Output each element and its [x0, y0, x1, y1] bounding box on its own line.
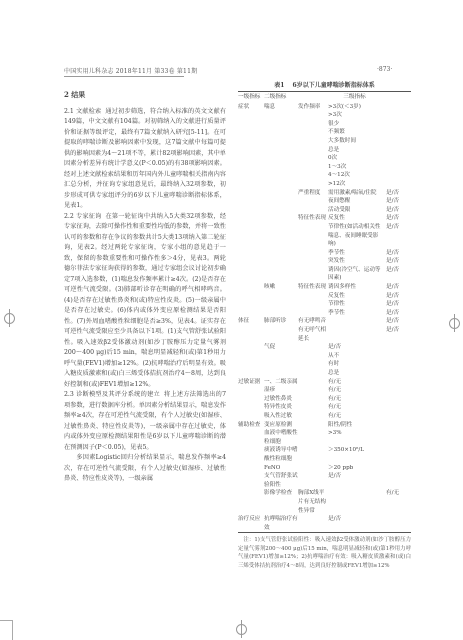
table-cell	[298, 206, 328, 215]
table-row: 活动受限是/否	[238, 206, 411, 215]
table-number: 表1	[274, 82, 284, 89]
table-cell	[264, 292, 298, 301]
section-title: 2 结果	[64, 90, 226, 101]
table-cell	[386, 103, 411, 112]
table-cell: 是/否	[386, 283, 411, 292]
table-cell: 血液中嗜酸性粒细胞	[264, 429, 298, 446]
table-cell	[386, 137, 411, 146]
table-cell	[386, 472, 411, 489]
table-cell	[386, 111, 411, 120]
table-cell: 胸部X线平片有无结构性异常	[298, 489, 328, 515]
table-cell	[298, 309, 328, 318]
table-cell	[238, 214, 264, 223]
table-cell	[386, 515, 411, 532]
table-row: 特异性皮炎有/无	[238, 403, 411, 412]
table-row: 痰液诱导中嗜酸性粒细胞＞350×10⁶/L	[238, 446, 411, 463]
table-cell: 0次	[328, 154, 386, 163]
table-cell	[264, 249, 298, 258]
table-cell	[238, 120, 264, 129]
table-title: 表1 6岁以下儿童哮喘诊断指标体系	[238, 80, 411, 89]
paragraph: 2.2 专家征询在第一轮征询中共纳入5大类32项参数，经专家征询，去除可操作性和…	[64, 212, 226, 391]
table-cell: 是/否	[386, 257, 411, 266]
table-cell	[238, 472, 264, 489]
table-cell: 是/否	[386, 223, 411, 249]
table-cell: 有无哮鸣音	[298, 317, 328, 326]
table-cell	[298, 446, 328, 463]
table-cell: 一、二级亲属	[264, 378, 298, 387]
table-row: 血液中嗜酸性粒细胞>3%	[238, 429, 411, 446]
table-row: 湿疹有/无	[238, 386, 411, 395]
table-cell: 有/无	[328, 378, 386, 387]
table-cell: 有时	[328, 360, 386, 369]
running-head: 中国实用儿科杂志 2018年11月 第33卷 第11期	[64, 66, 197, 75]
table-cell	[238, 146, 264, 155]
table-row: 总是	[238, 146, 411, 155]
table-cell	[238, 464, 264, 473]
table-row: 0次	[238, 154, 411, 163]
table-cell	[298, 412, 328, 421]
table-row: 气促是/否	[238, 343, 411, 352]
crop-mark	[0, 620, 13, 640]
subsection-label: 2.2 专家征询	[64, 213, 102, 220]
table-cell	[298, 197, 328, 206]
table-row: 反复性是/否	[238, 292, 411, 301]
table-cell	[298, 515, 328, 532]
table-cell: 是/否	[386, 300, 411, 309]
table-cell	[298, 180, 328, 189]
table-row: 从不	[238, 352, 411, 361]
table-cell	[298, 352, 328, 361]
table-cell: 反复性	[328, 214, 386, 223]
table-cell: 总是	[328, 369, 386, 378]
table-cell: 发作频率	[298, 103, 328, 112]
table-cell	[386, 352, 411, 361]
table-cell	[238, 189, 264, 198]
table-cell	[386, 154, 411, 163]
table-cell: 从不	[328, 352, 386, 361]
table-cell: 1～3次	[328, 163, 386, 172]
table-cell	[264, 223, 298, 249]
table-row: 季节性是/否	[238, 249, 411, 258]
table-row: >12次	[238, 180, 411, 189]
table-cell	[328, 326, 386, 343]
table-cell	[264, 309, 298, 318]
table-cell: 有/无	[328, 395, 386, 404]
table-cell	[238, 111, 264, 120]
table-cell: 特异性皮炎	[264, 403, 298, 412]
table-cell	[298, 360, 328, 369]
table-cell	[238, 283, 264, 292]
table-cell	[238, 154, 264, 163]
table-cell	[264, 300, 298, 309]
table-row: 有无呼气相延长是/否	[238, 326, 411, 343]
table-cell	[238, 223, 264, 249]
table-cell	[386, 386, 411, 395]
table-cell: 是/否	[386, 189, 411, 198]
left-column: 2 结果 2.1 文献检索通过初步筛选，符合纳入标准的英文文献有149篇，中文文…	[64, 90, 226, 485]
table-header-row: 一级指标 二级指标 三级指标	[238, 92, 411, 103]
table-cell: 治疗反应	[238, 515, 264, 532]
table-cell	[238, 180, 264, 189]
table-cell	[238, 249, 264, 258]
table-cell: 有/无	[328, 386, 386, 395]
table-cell	[298, 163, 328, 172]
table-cell	[264, 326, 298, 343]
table-cell: 是/否	[386, 206, 411, 215]
table-cell	[386, 360, 411, 369]
table-row: 特征性表现反复性是/否	[238, 214, 411, 223]
table-cell	[264, 369, 298, 378]
table-cell	[298, 137, 328, 146]
table-cell	[386, 120, 411, 129]
table-cell	[264, 128, 298, 137]
table-cell	[298, 128, 328, 137]
table-cell	[264, 257, 298, 266]
table-cell: 过敏证据	[238, 378, 264, 387]
table-cell: 4～12次	[328, 171, 386, 180]
table-cell	[386, 369, 411, 378]
table-cell: 夜间憋醒	[328, 197, 386, 206]
table-cell: 突发性	[328, 257, 386, 266]
table-row: 支气管舒张试验阳性是/否	[238, 472, 411, 489]
table-cell	[298, 472, 328, 489]
table-cell: 有/无	[386, 489, 411, 515]
table-cell	[386, 429, 411, 446]
table-cell: 活动受限	[328, 206, 386, 215]
table-cell	[264, 189, 298, 198]
table-row: 节律性(如活动相关性喘息、夜间睡眠受影响)是/否	[238, 223, 411, 249]
table-cell	[298, 421, 328, 430]
table-cell: >12次	[328, 180, 386, 189]
table-cell	[238, 292, 264, 301]
table-cell: 影像学检查	[264, 489, 298, 515]
table-cell	[238, 171, 264, 180]
table-row: 季节性是/否	[238, 309, 411, 318]
table-cell	[238, 386, 264, 395]
table-cell	[264, 197, 298, 206]
table-cell: 需用激素/喘氧/住院	[328, 189, 386, 198]
table-cell	[264, 171, 298, 180]
table-cell: 过敏性鼻炎	[264, 395, 298, 404]
table-row: 节律性是/否	[238, 300, 411, 309]
table-cell	[264, 154, 298, 163]
table-cell	[386, 146, 411, 155]
table-cell	[238, 163, 264, 172]
paragraph-text: 将上述方法筛选出的7项参数，进行数据库分析。单因素分析结果显示，喘息发作频率≥4…	[64, 391, 226, 451]
table-cell	[298, 343, 328, 352]
table-row: 影像学检查胸部X线平片有无结构性异常有/无	[238, 489, 411, 515]
col-header-level2: 二级指标	[264, 92, 298, 103]
paragraph: 2.3 诊断模型及其评分系统的建立将上述方法筛选出的7项参数，进行数据库分析。单…	[64, 390, 226, 453]
table-cell: 总是	[328, 146, 386, 155]
table-cell	[238, 403, 264, 412]
table-note: 注：1)支气管舒张试验阳性：吸入速效β2受体激动剂(如沙丁胺醇压力定量气雾剂20…	[238, 536, 411, 570]
table-cell	[238, 343, 264, 352]
table-row: 严重程度需用激素/喘氧/住院是/否	[238, 189, 411, 198]
table-cell: 大多数时间	[328, 137, 386, 146]
table-cell	[238, 197, 264, 206]
registration-mark-right	[449, 318, 459, 328]
table-cell: 有/无	[328, 412, 386, 421]
table-row: 症状喘息发作频率>3次(＜3岁)	[238, 103, 411, 112]
table-1: 表1 6岁以下儿童哮喘诊断指标体系 一级指标 二级指标 三级指标 症状喘息发作频…	[238, 80, 411, 570]
table-cell: >3%	[328, 429, 386, 446]
journal-page: 中国实用儿科杂志 2018年11月 第33卷 第11期 ·873· 2 结果 2…	[0, 0, 463, 640]
table-cell: 是/否	[328, 472, 386, 489]
table-cell: 严重程度	[298, 189, 328, 198]
table-cell: 是/否	[386, 292, 411, 301]
table-cell	[298, 154, 328, 163]
table-cell	[386, 421, 411, 430]
table-cell	[386, 378, 411, 387]
table-row: 有时	[238, 360, 411, 369]
table-cell: 很少	[328, 120, 386, 129]
table-cell	[264, 180, 298, 189]
table-cell: FeNO	[264, 464, 298, 473]
table-cell	[238, 395, 264, 404]
table-cell	[264, 146, 298, 155]
table-cell: 诱因多样性	[328, 283, 386, 292]
table-cell: 变应原检测	[264, 421, 298, 430]
table-cell	[298, 429, 328, 446]
table-cell	[298, 146, 328, 155]
table-cell: 是/否	[386, 266, 411, 283]
table-cell	[264, 120, 298, 129]
table-cell	[298, 223, 328, 249]
table-cell: 吸入性过敏	[264, 412, 298, 421]
table-cell: 痰液诱导中嗜酸性粒细胞	[264, 446, 298, 463]
table-cell	[264, 360, 298, 369]
table-cell	[386, 128, 411, 137]
table-row: 过敏性鼻炎有/无	[238, 395, 411, 404]
table-cell: 是/否	[328, 515, 386, 532]
subsection-label: 2.3 诊断模型及其评分系统的建立	[64, 391, 160, 398]
table-cell: 季节性	[328, 249, 386, 258]
table-cell: 有无呼气相延长	[298, 326, 328, 343]
table-cell	[238, 266, 264, 283]
table-cell: 诱因(冷空气、运动等因素)	[328, 266, 386, 283]
table-cell: 辅助检查	[238, 421, 264, 430]
table-cell: 是/否	[328, 343, 386, 352]
table-cell	[386, 446, 411, 463]
table-cell: 是/否	[386, 326, 411, 343]
registration-mark-bottom	[236, 624, 246, 634]
table-cell	[264, 163, 298, 172]
table-cell: >3次	[328, 111, 386, 120]
table-cell: 阳性/阴性	[328, 421, 386, 430]
table-cell	[264, 214, 298, 223]
table-cell	[328, 489, 386, 515]
page-number: ·873·	[377, 66, 392, 73]
table-cell	[386, 171, 411, 180]
table-cell	[264, 206, 298, 215]
table-cell	[298, 292, 328, 301]
table-cell	[298, 369, 328, 378]
table-cell	[238, 137, 264, 146]
table-row: 1～3次	[238, 163, 411, 172]
col-header-level1: 一级指标	[238, 92, 264, 103]
table-row: 4～12次	[238, 171, 411, 180]
table-cell	[386, 412, 411, 421]
table-cell: 节律性	[328, 300, 386, 309]
table-cell	[238, 352, 264, 361]
table-cell	[238, 429, 264, 446]
table-cell	[238, 489, 264, 515]
table-cell: 症状	[238, 103, 264, 112]
table-cell: 湿疹	[264, 386, 298, 395]
table-cell: ＞350×10⁶/L	[328, 446, 386, 463]
table-cell: 气促	[264, 343, 298, 352]
table-row: 不频繁	[238, 128, 411, 137]
table-cell: 体征	[238, 317, 264, 326]
table-row: 总是	[238, 369, 411, 378]
table-caption: 6岁以下儿童哮喘诊断指标体系	[293, 82, 375, 89]
table-cell: 肺部听诊	[264, 317, 298, 326]
table-cell: 有/无	[328, 403, 386, 412]
table-cell	[298, 120, 328, 129]
table-cell	[238, 257, 264, 266]
table-row: 辅助检查变应原检测阳性/阴性	[238, 421, 411, 430]
table-cell	[238, 360, 264, 369]
table-cell	[298, 111, 328, 120]
table-row: 治疗反应抗哮喘治疗有效是/否	[238, 515, 411, 532]
table-cell	[238, 128, 264, 137]
table-cell	[238, 300, 264, 309]
table-cell	[298, 403, 328, 412]
table-cell: 是/否	[386, 214, 411, 223]
table-cell: 抗哮喘治疗有效	[264, 515, 298, 532]
table-row: 体征肺部听诊有无哮鸣音是/否	[238, 317, 411, 326]
table-bottom-rule	[238, 532, 411, 533]
table-cell	[264, 266, 298, 283]
paragraph-text: 多因素Logistic回归分析结果显示，喘息发作频率≥4次，存在可逆性气流受限，…	[64, 454, 226, 482]
table-cell	[386, 343, 411, 352]
col-header-level3: 三级指标	[298, 92, 411, 103]
table-cell: 是/否	[386, 249, 411, 258]
table-cell: 季节性	[328, 309, 386, 318]
table-cell	[238, 412, 264, 421]
table-row: 突发性是/否	[238, 257, 411, 266]
table-cell	[264, 352, 298, 361]
table-row: 吸入性过敏有/无	[238, 412, 411, 421]
subsection-label: 2.1 文献检索	[64, 108, 101, 115]
table-cell	[238, 206, 264, 215]
paragraph: 多因素Logistic回归分析结果显示，喘息发作频率≥4次，存在可逆性气流受限，…	[64, 453, 226, 485]
table-row: >3次	[238, 111, 411, 120]
table-cell: 是/否	[386, 309, 411, 318]
registration-mark-left	[4, 313, 14, 323]
table-cell: 反复性	[328, 292, 386, 301]
table-cell	[298, 378, 328, 387]
table-cell: 喘息	[264, 103, 298, 112]
table-cell: 节律性(如活动相关性喘息、夜间睡眠受影响)	[328, 223, 386, 249]
table-cell: 咳嗽	[264, 283, 298, 292]
paragraph: 2.1 文献检索通过初步筛选，符合纳入标准的英文文献有149篇，中文文献有104…	[64, 107, 226, 212]
table-cell	[386, 464, 411, 473]
table-cell	[238, 309, 264, 318]
table-cell	[386, 180, 411, 189]
table-cell: 是/否	[386, 317, 411, 326]
table-row: 很少	[238, 120, 411, 129]
table-row: 诱因(冷空气、运动等因素)是/否	[238, 266, 411, 283]
table-cell	[298, 257, 328, 266]
table-cell: 支气管舒张试验阳性	[264, 472, 298, 489]
table-cell: 特征性表现	[298, 283, 328, 292]
table-cell	[298, 171, 328, 180]
table-cell	[264, 137, 298, 146]
table-cell	[386, 395, 411, 404]
table-cell	[298, 386, 328, 395]
table-cell	[298, 300, 328, 309]
table-cell	[386, 163, 411, 172]
paragraph-text: 通过初步筛选，符合纳入标准的英文文献有149篇，中文文献有104篇。对初筛纳入的…	[64, 108, 226, 210]
table-cell	[238, 369, 264, 378]
table-cell	[298, 249, 328, 258]
paragraph-text: 在第一轮征询中共纳入5大类32项参数，经专家征询，去除可操作性和重要性均低的参数…	[64, 213, 226, 388]
table-cell	[298, 464, 328, 473]
header-rule	[64, 76, 184, 77]
table-row: FeNO＞20 ppb	[238, 464, 411, 473]
table-row: 夜间憋醒是/否	[238, 197, 411, 206]
table-row: 大多数时间	[238, 137, 411, 146]
table-cell	[238, 326, 264, 343]
table-row: 过敏证据一、二级亲属有/无	[238, 378, 411, 387]
table-cell: 不频繁	[328, 128, 386, 137]
table-cell: ＞20 ppb	[328, 464, 386, 473]
table-cell: 特征性表现	[298, 214, 328, 223]
table-cell: >3次(＜3岁)	[328, 103, 386, 112]
table-cell	[264, 111, 298, 120]
table-cell	[386, 403, 411, 412]
table-cell	[298, 266, 328, 283]
table-cell	[298, 395, 328, 404]
table-row: 咳嗽特征性表现诱因多样性是/否	[238, 283, 411, 292]
table-cell	[328, 317, 386, 326]
table-cell	[238, 446, 264, 463]
diagnostic-index-table: 一级指标 二级指标 三级指标 症状喘息发作频率>3次(＜3岁)>3次很少不频繁大…	[238, 92, 411, 532]
table-cell: 是/否	[386, 197, 411, 206]
